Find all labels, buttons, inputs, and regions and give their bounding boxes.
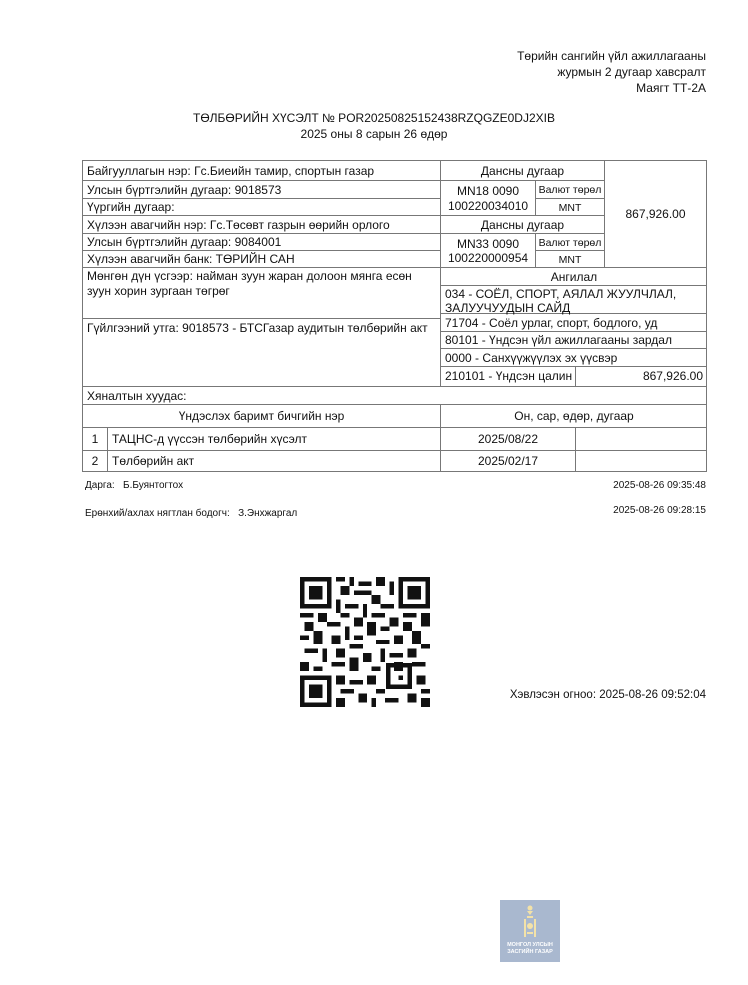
- control-row-no: 2: [83, 453, 107, 470]
- control-row-date: 2025/02/17: [441, 453, 575, 470]
- payer-org-name: Байгууллагын нэр: Гс.Биеийн тамир, спорт…: [83, 163, 439, 180]
- payer-task-no: Үүргийн дугаар:: [83, 199, 439, 216]
- signature-name: З.Энхжаргал: [238, 508, 297, 519]
- classification-amount: 867,926.00: [576, 368, 707, 385]
- document-title: ТӨЛБӨРИЙН ХҮСЭЛТ № POR20250825152438RZQG…: [0, 110, 748, 142]
- soyombo-emblem-icon: [500, 902, 560, 942]
- request-number: ТӨЛБӨРИЙН ХҮСЭЛТ № POR20250825152438RZQG…: [0, 110, 748, 126]
- amount-in-words: Мөнгөн дүн үсгээр: найман зуун жаран дол…: [83, 268, 439, 300]
- printed-date: Хэвлэсэн огноо: 2025-08-26 09:52:04: [510, 689, 706, 701]
- classification-item: 71704 - Соёл урлаг, спорт, бодлого, уд: [441, 315, 707, 332]
- classification-item: 210101 - Үндсэн цалин: [441, 368, 575, 385]
- control-col-document: Үндэслэх баримт бичгийн нэр: [83, 408, 440, 425]
- signature-director: Дарга: Б.Буянтогтох: [85, 480, 183, 491]
- receiver-reg-no: Улсын бүртгэлийн дугаар: 9084001: [83, 234, 439, 251]
- payer-reg-no: Улсын бүртгэлийн дугаар: 9018573: [83, 182, 439, 199]
- classification-item: 034 - СОЁЛ, СПОРТ, АЯЛАЛ ЖУУЛЧЛАЛ, ЗАЛУУ…: [441, 286, 707, 316]
- classification-header: Ангилал: [441, 269, 707, 286]
- control-row-name: ТАЦНС-д үүссэн төлбөрийн хүсэлт: [108, 431, 440, 448]
- receiver-bank: Хүлээн авагчийн банк: ТӨРИЙН САН: [83, 251, 439, 268]
- receiver-name: Хүлээн авагчийн нэр: Гс.Төсөвт газрын өө…: [83, 217, 439, 234]
- receiver-currency: MNT: [536, 252, 604, 269]
- form-code: Маягт ТТ-2А: [517, 80, 706, 96]
- control-sheet-title: Хяналтын хуудас:: [83, 388, 703, 405]
- control-row-number: [576, 431, 707, 433]
- form-reference: Төрийн сангийн үйл ажиллагааны журмын 2 …: [517, 48, 706, 96]
- receiver-currency-label: Валют төрөл: [536, 235, 604, 252]
- signature-role: Ерөнхий/ахлах нягтлан бодогч:: [85, 508, 230, 519]
- form-reference-line: журмын 2 дугаар хавсралт: [517, 64, 706, 80]
- control-col-date: Он, сар, өдөр, дугаар: [441, 408, 707, 425]
- payer-currency: MNT: [536, 200, 604, 217]
- transaction-purpose: Гүйлгээний утга: 9018573 - БТСГазар ауди…: [83, 320, 439, 337]
- payment-amount: 867,926.00: [605, 206, 706, 223]
- classification-item: 80101 - Үндсэн үйл ажиллагааны зардал: [441, 332, 707, 349]
- control-row-date: 2025/08/22: [441, 431, 575, 448]
- control-row-name: Төлбөрийн акт: [108, 453, 440, 470]
- payer-currency-label: Валют төрөл: [536, 182, 604, 199]
- signature-accountant: Ерөнхий/ахлах нягтлан бодогч: З.Энхжарга…: [85, 508, 297, 519]
- control-row-number: [576, 453, 707, 455]
- signature-time: 2025-08-26 09:28:15: [613, 505, 706, 516]
- emblem-caption: МОНГОЛ УЛСЫН ЗАСГИЙН ГАЗАР: [500, 942, 560, 956]
- signature-role: Дарга:: [85, 480, 115, 491]
- signature-time: 2025-08-26 09:35:48: [613, 480, 706, 491]
- form-reference-line: Төрийн сангийн үйл ажиллагааны: [517, 48, 706, 64]
- payer-account-header: Дансны дугаар: [441, 163, 604, 180]
- receiver-account-no-line2: 100220000954: [441, 250, 535, 267]
- request-date: 2025 оны 8 сарын 26 өдөр: [0, 126, 748, 142]
- classification-item: 0000 - Санхүүжүүлэх эх үүсвэр: [441, 350, 707, 367]
- qr-code-icon: [300, 577, 430, 707]
- control-row-no: 1: [83, 431, 107, 448]
- receiver-account-header: Дансны дугаар: [441, 217, 604, 234]
- signature-name: Б.Буянтогтох: [123, 480, 183, 491]
- government-emblem: МОНГОЛ УЛСЫН ЗАСГИЙН ГАЗАР: [500, 900, 560, 962]
- payer-account-no-line2: 100220034010: [441, 198, 535, 215]
